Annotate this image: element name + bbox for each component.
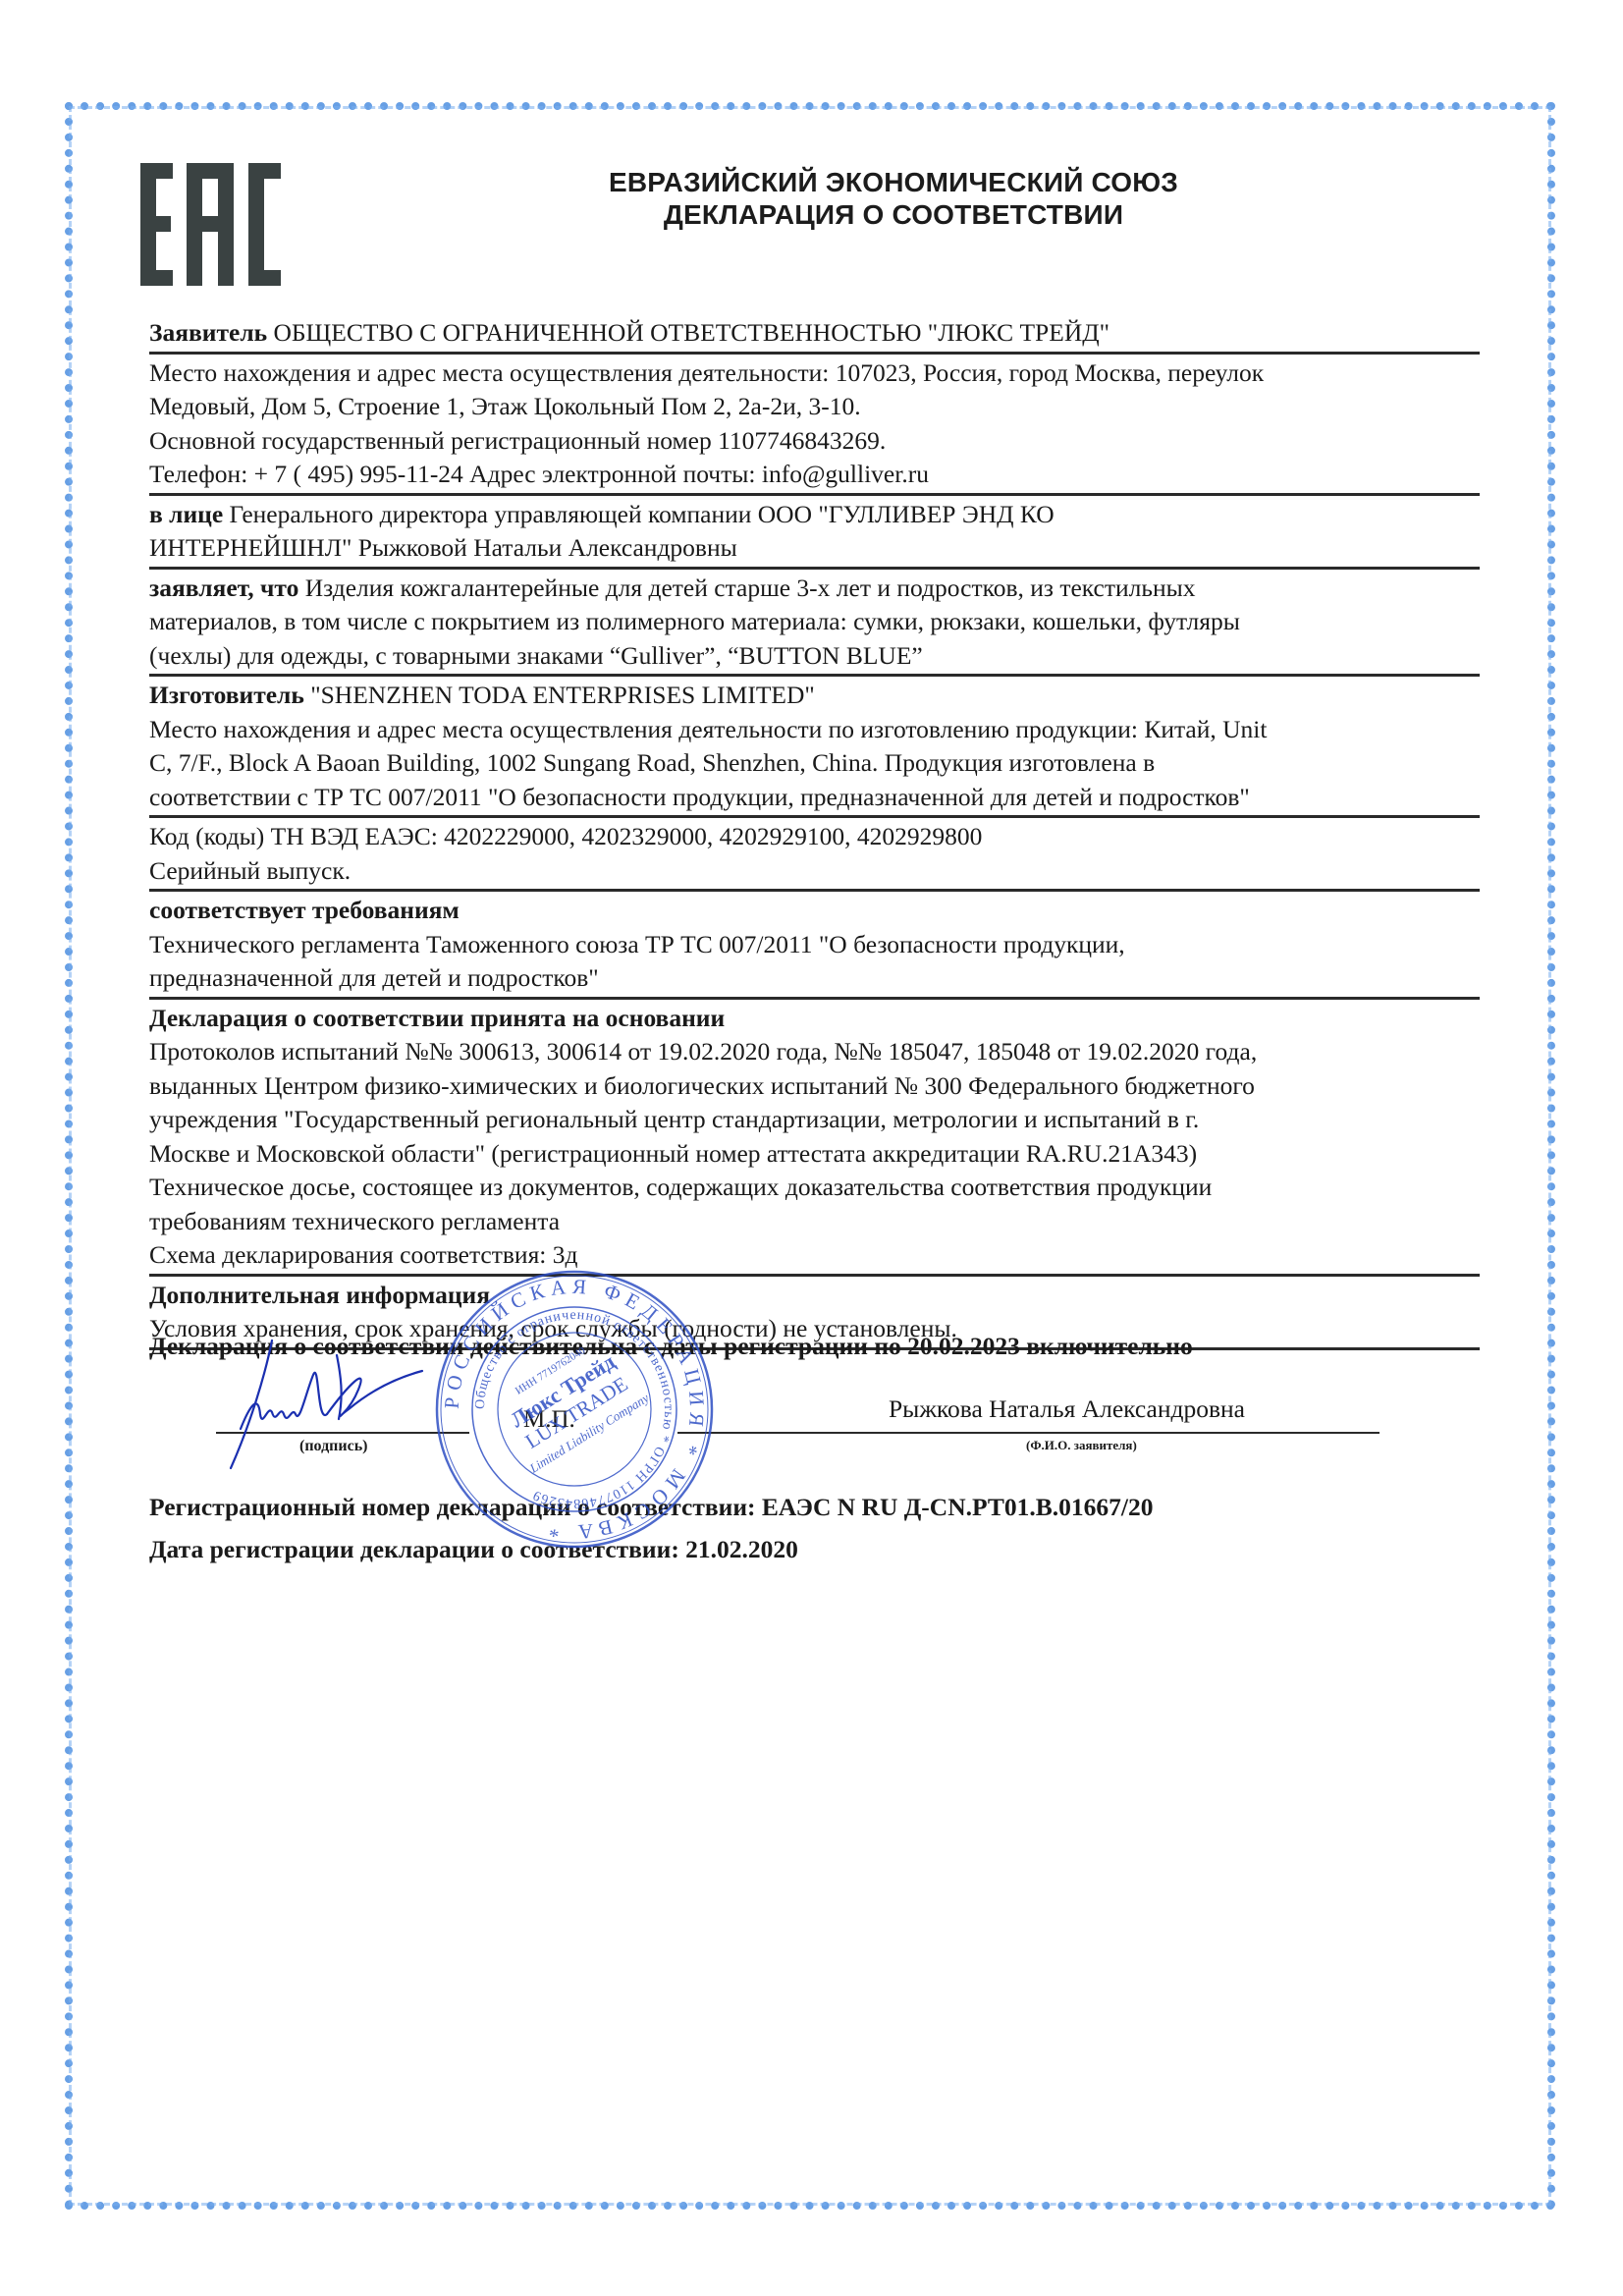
union-title: ЕВРАЗИЙСКИЙ ЭКОНОМИЧЕСКИЙ СОЮЗ bbox=[550, 167, 1237, 198]
additional-label: Дополнительная информация bbox=[149, 1279, 1480, 1313]
basis-label: Декларация о соответствии принята на осн… bbox=[149, 1002, 1480, 1036]
manufacturer-line-3: соответствии с ТР ТС 007/2011 "О безопас… bbox=[149, 781, 1480, 815]
basis-line-5: Техническое досье, состоящее из документ… bbox=[149, 1171, 1480, 1205]
signature-line bbox=[216, 1432, 469, 1434]
signer-name-line bbox=[677, 1432, 1380, 1434]
manufacturer-section: Изготовитель "SHENZHEN TODA ENTERPRISES … bbox=[149, 679, 1480, 818]
validity-statement: Декларация о соответствии действительна … bbox=[149, 1332, 1193, 1361]
basis-line-6: требованиям технического регламента bbox=[149, 1205, 1480, 1239]
eac-logo-icon bbox=[140, 163, 283, 286]
manufacturer-line-2: C, 7/F., Block A Baoan Building, 1002 Su… bbox=[149, 746, 1480, 781]
tn-ved-codes: Код (коды) ТН ВЭД ЕАЭС: 4202229000, 4202… bbox=[149, 820, 1480, 854]
declares-section: заявляет, что Изделия кожгалантерейные д… bbox=[149, 572, 1480, 678]
manufacturer-label: Изготовитель bbox=[149, 681, 304, 709]
declares-line-3: (чехлы) для одежды, с товарными знаками … bbox=[149, 639, 1480, 674]
declaration-body: Заявитель ОБЩЕСТВО С ОГРАНИЧЕННОЙ ОТВЕТС… bbox=[149, 316, 1480, 1352]
signer-name: Рыжкова Наталья Александровна bbox=[889, 1394, 1245, 1424]
representative-line-2: ИНТЕРНЕЙШНЛ" Рыжковой Натальи Александро… bbox=[149, 531, 1480, 566]
registration-date: Дата регистрации декларации о соответств… bbox=[149, 1535, 798, 1564]
applicant-header: Заявитель ОБЩЕСТВО С ОГРАНИЧЕННОЙ ОТВЕТС… bbox=[149, 316, 1480, 355]
registration-number: Регистрационный номер декларации о соотв… bbox=[149, 1493, 1154, 1522]
applicant-address-1: Место нахождения и адрес места осуществл… bbox=[149, 356, 1480, 391]
requirements-label: соответствует требованиям bbox=[149, 894, 1480, 928]
document-title: ДЕКЛАРАЦИЯ О СООТВЕТСТВИИ bbox=[550, 199, 1237, 231]
applicant-address-2: Медовый, Дом 5, Строение 1, Этаж Цокольн… bbox=[149, 390, 1480, 424]
seal-label: М.П. bbox=[523, 1406, 575, 1434]
applicant-details: Место нахождения и адрес места осуществл… bbox=[149, 356, 1480, 496]
manufacturer-name: "SHENZHEN TODA ENTERPRISES LIMITED" bbox=[304, 681, 815, 709]
basis-line-2: выданных Центром физико-химических и био… bbox=[149, 1069, 1480, 1104]
serial-release: Серийный выпуск. bbox=[149, 854, 1480, 889]
basis-line-3: учреждения "Государственный региональный… bbox=[149, 1103, 1480, 1137]
basis-line-1: Протоколов испытаний №№ 300613, 300614 о… bbox=[149, 1035, 1480, 1069]
codes-section: Код (коды) ТН ВЭД ЕАЭС: 4202229000, 4202… bbox=[149, 820, 1480, 892]
declares-label: заявляет, что bbox=[149, 574, 298, 602]
representative-section: в лице Генерального директора управляюще… bbox=[149, 498, 1480, 570]
requirements-line-1: Технического регламента Таможенного союз… bbox=[149, 928, 1480, 962]
applicant-name: ОБЩЕСТВО С ОГРАНИЧЕННОЙ ОТВЕТСТВЕННОСТЬЮ… bbox=[267, 318, 1109, 347]
basis-line-4: Москве и Московской области" (регистраци… bbox=[149, 1137, 1480, 1172]
declares-line-2: материалов, в том числе с покрытием из п… bbox=[149, 605, 1480, 639]
applicant-contacts: Телефон: + 7 ( 495) 995-11-24 Адрес элек… bbox=[149, 458, 1480, 492]
signature-caption: (подпись) bbox=[299, 1438, 368, 1455]
signer-caption: (Ф.И.О. заявителя) bbox=[1026, 1438, 1137, 1453]
applicant-reg-number: Основной государственный регистрационный… bbox=[149, 424, 1480, 459]
basis-line-7: Схема декларирования соответствия: 3д bbox=[149, 1238, 1480, 1273]
requirements-section: соответствует требованиям Технического р… bbox=[149, 894, 1480, 1000]
applicant-label: Заявитель bbox=[149, 318, 267, 347]
manufacturer-line-1: Место нахождения и адрес места осуществл… bbox=[149, 713, 1480, 747]
representative-line-1: Генерального директора управляющей компа… bbox=[223, 500, 1055, 528]
declares-line-1: Изделия кожгалантерейные для детей старш… bbox=[298, 574, 1195, 602]
basis-section: Декларация о соответствии принята на осн… bbox=[149, 1002, 1480, 1277]
requirements-line-2: предназначенной для детей и подростков" bbox=[149, 961, 1480, 996]
representative-label: в лице bbox=[149, 500, 223, 528]
